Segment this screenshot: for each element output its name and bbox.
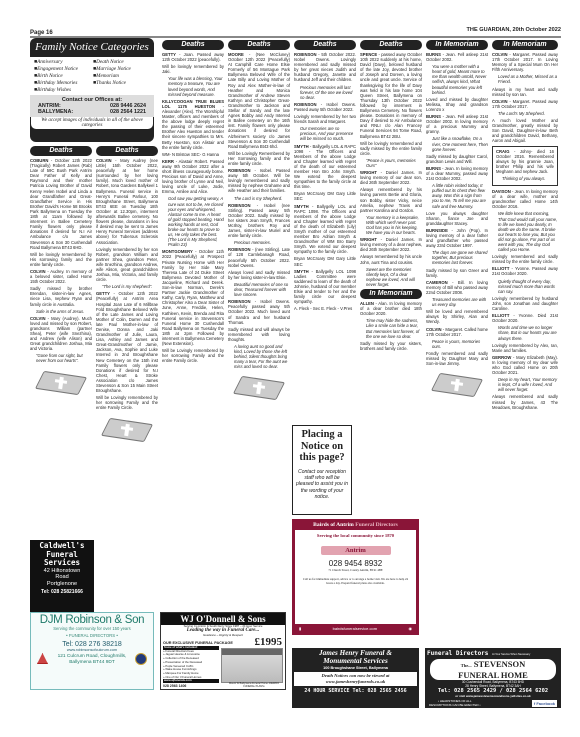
notice: COLVIN - Mary Audrey (nee Little) 15th O…: [96, 158, 158, 289]
notice-verse: A loving aunt so good and kind, Loved by…: [228, 344, 290, 369]
funeral-home-photo: [221, 648, 283, 683]
notice: KERR - Alastair Robert. Passed away 9th …: [162, 159, 224, 248]
notice-verse: Time may hide the sadness, Like a smile …: [360, 318, 422, 338]
notice: SMYTH - Ballygelly LOL and RAPC 1098. Th…: [294, 204, 356, 267]
notice: ELLIOTT - Yvonne. Passed away 21st Octob…: [492, 266, 558, 311]
notice-text: GETTY - October 12th 2022 (Peacefully) a…: [96, 291, 158, 393]
notice-text: ROBINSON - (nee Stirling). Late of 128 C…: [228, 247, 290, 267]
notice-text: ROBINSON - Isobel Owens. Peacefully pass…: [228, 299, 290, 324]
ad-address: Portglenone: [30, 581, 94, 588]
notice-text: SMYTH - Ballygelly LOL and RAPC 1098. Th…: [294, 204, 356, 255]
ad-tagline: Serving the local community since 1870: [295, 533, 416, 538]
notice: ROBINSON - 5th October 2022. Isobel Owen…: [294, 52, 356, 100]
notice-body: - Ballygelly LOL and RAPC 1098. The Offi…: [294, 204, 356, 255]
notice-verse: The Lord is my Shepherd.: [228, 196, 290, 201]
notice-verse: "Gone from our sight, but never from our…: [30, 353, 92, 363]
wj-odonnell-ad: WJ O'Donnell & Sons Serving Co Antrim & …: [160, 612, 286, 690]
section-header-memoriam: In Memoriam: [360, 289, 422, 299]
ad-sub: • FUNERAL DIRECTORS •: [31, 633, 153, 638]
notice-text: COLVIN - Margaret. Passed away 17th Octo…: [492, 99, 558, 109]
notice-extra: Bryan McCroary DM Gary Little SEC: [294, 256, 356, 266]
headstones-text: DESCRIPTIONS CAN BE ERECTED •: [429, 703, 481, 707]
notice-extra: WM- N Bristow SEC- G Hanna: [162, 152, 224, 157]
notice-body: - Ballygelly LOL & RAPC 1098 - The Offic…: [294, 144, 356, 190]
notice-verse: Treasured memories are with us every day…: [426, 297, 488, 307]
caldwell-ad: Caldwell's Funeral Services 42 Hiltonsto…: [30, 540, 94, 612]
notice-text: WRIGHT - Daniel James. In loving memory …: [360, 237, 422, 252]
section-header-deaths: Deaths: [96, 146, 158, 156]
section-header-deaths: Deaths: [360, 40, 422, 50]
notice-text: COLVIN - Mary (Audrey). Much loved and m…: [30, 316, 92, 352]
notice: ALLEN - Alan. In loving memory of a dear…: [360, 301, 422, 351]
notice: CAMERON - Bill. In loving memory of Bill…: [426, 280, 488, 325]
bairds-footer: ▮ bairdsfuneralservice.com ◉: [295, 624, 416, 631]
notice-text: ROBINSON - Isobel (nee Stirling). Passed…: [228, 203, 290, 239]
placing-body: Contact our reception staff who will be …: [296, 469, 348, 501]
notice: BURNSIDE - John (Pop). In loving memory …: [426, 228, 488, 278]
notice-extra: Lovingly remembered by husband John, son…: [492, 296, 558, 311]
notice: SMYTH - Ballygelly LOL & RAPC 1098 - The…: [294, 144, 356, 202]
notice: BURNS - Jean. Fell asleep 21st October 2…: [426, 52, 488, 112]
notice: GETTY - October 12th 2022 (Peacefully) a…: [96, 291, 158, 410]
category-item: Birthday Wishes: [34, 87, 91, 93]
ad-address: 42 Hiltonstown: [30, 568, 94, 575]
notice-verse: Your life was a blessing, Your memory a …: [162, 76, 224, 96]
category-item: Marriage Notice: [93, 66, 150, 72]
notice-verse: Sweet are the memories silently kept, Of…: [360, 267, 422, 287]
notice-text: COBURN - October 12th 2022 (Tragically) …: [30, 158, 92, 250]
notice-body: - 5th October 2022. Isobel Owens. Loving…: [294, 52, 356, 82]
notice-text: ROBINSON - 5th October 2022. Isobel Owen…: [294, 52, 356, 83]
notice-extra: A much loved Mother and Grandmother, gre…: [492, 118, 558, 143]
notice-text: ROBINSON - Isobel. Passed away 5th Octob…: [228, 168, 290, 193]
notice-text: GETTY - Joan. Passed away 12th October 2…: [162, 52, 224, 62]
notice-verse: Deep in my heart, Your memory is kept, O…: [492, 377, 558, 392]
ad-web[interactable]: www.jameshenryfunerals.co.uk: [295, 679, 416, 685]
notice-verse: Loved as a Mother, Missed as a Friend.: [492, 74, 558, 84]
ad-town: Antrim: [321, 546, 391, 555]
djm-robinson-ad: DJM Robinson & Son Serving the community…: [30, 612, 154, 690]
notice-extra: Sadly missed by daughter Carol, grandson…: [426, 154, 488, 164]
column-3: DeathsGETTY - Joan. Passed away 12th Oct…: [162, 40, 224, 365]
notice-extra: Will be Lovingly Remembered by Her Sorro…: [228, 151, 290, 166]
ad-tagline: Serving the community for over 150 years: [31, 626, 153, 631]
ad-web[interactable]: www.robinsonsofculcrum.com: [31, 648, 153, 652]
notice: GETTY - Joan. Passed away 12th October 2…: [162, 52, 224, 97]
ad-address: 71 Church Street, County Antrim, BT41 4B…: [295, 568, 416, 572]
notice-verse: Our memories are so precious, And your p…: [294, 126, 356, 141]
notice-text: ALLEN - Alan. In loving memory of a dear…: [360, 301, 422, 316]
category-item: Memoriam: [93, 73, 150, 79]
notice: SPENCE - passed away October 10th 2022 s…: [360, 52, 422, 168]
notice-verse: Your memory is a keepsake, With which we…: [360, 215, 422, 235]
section-header-deaths: Deaths: [228, 40, 290, 50]
section-header-memoriam: In Memoriam: [492, 40, 558, 50]
notice-verse: Precious memories will last forever, Of …: [294, 85, 356, 100]
notice-verse: Words and time we no longer share, But i…: [492, 325, 558, 340]
ad-heading: Funeral Directors At Your Service When N…: [427, 650, 559, 658]
notice-verse: Safe in the arms of Jesus.: [30, 309, 92, 314]
notice-verse: "The Lord is my shepherd".: [96, 284, 158, 289]
column-6: DeathsSPENCE - passed away October 10th …: [360, 40, 422, 353]
notice-text: COLVIN - Margaret. Called home 17th Octo…: [426, 327, 488, 337]
notice-extra: Sadly missed by son Greer and family.: [426, 268, 488, 278]
category-list: Anniversary Death Notice Engagement Noti…: [30, 57, 154, 95]
column-1: DeathsCOBURN - October 12th 2022 (Tragic…: [30, 146, 92, 398]
notice-body: - October 11th 2022 (Peacefully) at Pros…: [162, 249, 224, 346]
notice-extra: Lovingly remembered by Alex, Ian, Marie …: [492, 343, 558, 353]
notice-extra: Will be Lovingly remembered by her sorro…: [96, 395, 158, 410]
ad-address: Road: [30, 574, 94, 581]
notice-verse: "Peace is yours, memories Ours": [360, 158, 422, 168]
james-henry-ad: James Henry Funeral & Monumental Service…: [292, 648, 419, 708]
notice: COBURN - October 12th 2022 (Tragically) …: [30, 158, 92, 267]
notice-extra: Sadly missed by your sisters, brothers a…: [360, 341, 422, 351]
notice-text: ELLIOTT - Yvonne. Passed away 21st Octob…: [492, 266, 558, 276]
notice-text: BURNS - Jean. Fell asleep 21st October 2…: [426, 52, 488, 62]
notice: WRIGHT - Daniel James. In loving memory …: [360, 170, 422, 235]
notice-text: SMYTH - Ballygelly LOL 1098 Ladies Commi…: [294, 269, 356, 305]
office-name: BALLYMENA:: [38, 109, 73, 115]
column-8: In MemoriamCOLVIN - Margaret. Passed awa…: [492, 40, 558, 412]
notice-extra: Will be lovingly remembered by His sorro…: [30, 252, 92, 267]
notice-text: GERROW - Mary Elizabeth (May). In loving…: [492, 355, 558, 375]
ad-address: 100 Broughshane Street, Ballymena: [294, 666, 417, 670]
stevenson-ad: Funeral Directors At Your Service When N…: [425, 648, 561, 708]
notice-extra: Always remembered and sadly missed by Ja…: [492, 394, 558, 409]
ad-info: Call us for immediate support, advice or…: [295, 577, 416, 585]
ad-web[interactable]: www.wjfunerals.com: [163, 679, 219, 683]
notice-verse: Just like a snowflake, On a river, One m…: [426, 136, 488, 151]
notice-text: KILLYCOOGAN TRUE BLUES LOL 1175 HUESTON …: [162, 99, 224, 150]
ad-web[interactable]: or visit www.jamesstevensonandsons.yells…: [427, 694, 559, 698]
notice: COLVIN - Mary (Audrey). Much loved and m…: [30, 316, 92, 364]
ad-name: Bairds of Antrim Funeral Directors: [295, 522, 416, 528]
category-item: Anniversary: [34, 59, 91, 65]
notice-text: MOORE - (Nee McCluney) October 12th 2022…: [228, 52, 290, 149]
notice-extra: A. Fleck - Sec E. Fleck - V.Pres: [294, 306, 356, 311]
placing-notice-box: Placing a Notice on this page? Contact o…: [292, 425, 352, 515]
section-header-deaths: Deaths: [162, 40, 224, 50]
category-item: Thanks Notice: [93, 80, 150, 86]
bairds-ad: Bairds of Antrim Funeral Directors Servi…: [292, 519, 419, 635]
notice: MONTGOMERY - October 11th 2022 (Peaceful…: [162, 249, 224, 363]
notice-extra: Loved and missed by daughter Melissa, Sh…: [426, 97, 488, 112]
bible-icon: [230, 375, 288, 403]
notice-body: - (Nee McCluney) October 12th 2022 (Peac…: [228, 52, 290, 149]
ad-tel: 028 2563 1406: [163, 684, 186, 688]
notice: ROBINSON - Isobel Owens. Passed away 5th…: [294, 102, 356, 142]
column-2: DeathsCOLVIN - Mary Audrey (nee Little) …: [96, 146, 158, 445]
notice-text: MONTGOMERY - October 11th 2022 (Peaceful…: [162, 249, 224, 346]
notice: ROBINSON - Isobel (nee Stirling). Passed…: [228, 203, 290, 246]
notice-body: - October 12th 2022 (Peacefully) at Antr…: [96, 291, 158, 393]
notice: ELLIOTT - Yvonne. Died 21st October 2020…: [492, 313, 558, 353]
notice: CRAIG - Johny- died 16 October 2016. Rem…: [492, 146, 558, 187]
column-5: DeathsROBINSON - 5th October 2022. Isobe…: [294, 40, 356, 313]
headstones-row: • HEADSTONES OF ALLDESCRIPTIONS CAN BE E…: [427, 699, 559, 707]
notice-extra: Fondly remembered and sadly missed by Da…: [426, 351, 488, 366]
notice-text: DAVISON - Jean. In loving memory of a de…: [492, 189, 558, 209]
notice: BURNS - Jean. Fell asleep 21st October 2…: [426, 114, 488, 164]
notice: COLVIN - Audrey. In memory of a beloved …: [30, 269, 92, 314]
notice-extra: Will be lovingly remembered by Jaki.: [162, 64, 224, 74]
column-7: In MemoriamBURNS - Jean. Fell asleep 21s…: [426, 40, 488, 400]
category-item: Engagement Notice: [34, 66, 91, 72]
book-logo-icon: ▮: [299, 626, 301, 631]
family-notice-categories: Family Notice Categories Anniversary Dea…: [30, 38, 154, 142]
notice-extra: Lovingly remembered by her two friends S…: [294, 114, 356, 124]
notice-extra: Bryan McCroary DM Gary Little SEC: [294, 191, 356, 201]
category-item: Death Notice: [93, 59, 150, 65]
notice: SMYTH - Ballygelly LOL 1098 Ladies Commi…: [294, 269, 356, 312]
ad-tel: 028 9454 8932: [295, 559, 416, 568]
section-header-deaths: Deaths: [294, 40, 356, 50]
badge-icon: ◉: [408, 626, 412, 631]
ad-tel: Tel: 028 25821666: [30, 589, 94, 595]
notice-verse: Quietly thought of every day, missed muc…: [492, 279, 558, 294]
notice-verse: Precious memories.: [228, 240, 290, 245]
ad-name: Services: [30, 559, 94, 568]
ad-price: £1995: [255, 636, 283, 648]
notice-body: - Alexander (Alex). The Worshipful Maste…: [162, 104, 224, 150]
ad-caption: Mount St Ballymena Funeral Home •NEWRO F…: [225, 682, 283, 688]
notice-body: - Mary (Audrey). Much loved and missed b…: [30, 316, 92, 352]
section-header-deaths: Deaths: [30, 146, 92, 156]
office-tel: 028 2564 1221: [110, 109, 146, 115]
crest-logo-icon: [135, 653, 147, 665]
notice-body: - passed away October 10th 2022 suddenly…: [360, 52, 422, 139]
notice: BURNS - Jean. In loving memory of a dear…: [426, 166, 488, 226]
notice-extra: Sadly missed and will always be remember…: [228, 327, 290, 342]
notice-text: BURNS - Jean. In loving memory of a dear…: [426, 166, 488, 181]
masthead: THE GUARDIAN, 20th October 2022: [467, 27, 562, 33]
notice-verse: We little knew that morning, That God wo…: [492, 211, 558, 252]
bairds-inner: Serving the local community since 1870 A…: [295, 530, 416, 624]
notice-extra: Always remembered by his uncle John, aun…: [360, 254, 422, 264]
notice-extra: Sadly missed by brother Brendan, sister-…: [30, 286, 92, 306]
notice: WRIGHT - Daniel James. In loving memory …: [360, 237, 422, 287]
placing-title: Placing a Notice on this page?: [296, 429, 348, 464]
notice-extra: Will be loved and remembered always by S…: [426, 309, 488, 324]
notice-verse: God saw you getting weary, A cure was no…: [162, 196, 224, 247]
notice: COLVIN - Margaret. Called home 17th Octo…: [426, 327, 488, 367]
bible-icon: [32, 370, 90, 398]
notice: KILLYCOOGAN TRUE BLUES LOL 1175 HUESTON …: [162, 99, 224, 157]
notice-text: COLVIN - Mary Audrey (nee Little) 15th O…: [96, 158, 158, 245]
notice-text: COLVIN - Margaret. Passed away 17th Octo…: [492, 52, 558, 72]
notice-text: SMYTH - Ballygelly LOL & RAPC 1098 - The…: [294, 144, 356, 190]
notice-body: - Isobel (nee Stirling). Passed away 5th…: [228, 203, 290, 239]
notice-text: WRIGHT - Daniel James. In loving memory …: [360, 170, 422, 185]
notice-text: COLVIN - Audrey. In memory of a beloved …: [30, 269, 92, 284]
notice-text: CAMERON - Bill. In loving memory of Bill…: [426, 280, 488, 295]
notice: GERROW - Mary Elizabeth (May). In loving…: [492, 355, 558, 410]
notice-verse: The days are gone we shared together, Bu…: [426, 250, 488, 265]
notice-body: - Mary Audrey (nee Little) 15th October …: [96, 158, 158, 245]
ad-web[interactable]: bairdsfuneralservice.com: [333, 626, 377, 631]
ad-name: Monumental Services: [294, 658, 417, 666]
category-item: Birth Notice: [34, 73, 91, 79]
ad-tel: 24 HOUR SERVICE Tel: 028 2565 2456: [294, 688, 417, 694]
ad-name-pill: The... STEVENSONFUNERAL HOME: [430, 659, 556, 680]
notice-extra: Lovingly remembered by her son Robert, g…: [96, 247, 158, 283]
notice-text: SPENCE - passed away October 10th 2022 s…: [360, 52, 422, 139]
notice: ROBINSON - (nee Stirling). Late of 128 C…: [228, 247, 290, 297]
column-4: DeathsMOORE - (Nee McCluney) October 12t…: [228, 40, 290, 403]
category-item: Birthday Memories: [34, 80, 91, 86]
notice-web-box: Death Notices can now be viewed atwww.ja…: [294, 672, 417, 686]
notice-extra: Will be lovingly remembered and sadly mi…: [360, 141, 422, 156]
notice: COLVIN - Margaret. Passed away 17th Octo…: [492, 99, 558, 144]
office-row: BALLYMENA:028 2564 1221: [38, 109, 146, 115]
bible-icon: [98, 417, 156, 445]
notice-body: - October 12th 2022 (Tragically) Robert …: [30, 158, 92, 250]
notice-extra: Always remembered by his loving parents …: [360, 187, 422, 212]
notice-body: - Ballygelly LOL 1098 Ladies Committee w…: [294, 269, 356, 305]
accept-note: We accept images of individuals in all o…: [30, 117, 154, 130]
categories-title: Family Notice Categories: [34, 41, 150, 53]
notice-text: CRAIG - Johny- died 16 October 2016. Rem…: [496, 149, 554, 174]
notice-body: - Alastair Robert. Passed away 9th Octob…: [162, 159, 224, 195]
notice-verse: You were a mother with a heart of gold, …: [426, 64, 488, 95]
notice: COLVIN - Margaret. Passed away 17th Octo…: [492, 52, 558, 97]
notice-extra: Always in my heart and sadly missed by s…: [492, 87, 558, 97]
contact-box: Contact our Offices at: ANTRIM:028 9446 …: [30, 95, 154, 117]
notice-text: KERR - Alastair Robert. Passed away 9th …: [162, 159, 224, 195]
ad-name: DJM Robinson & Son: [31, 614, 153, 626]
notice: ROBINSON - Isobel. Passed away 5th Octob…: [228, 168, 290, 201]
notice-text: ELLIOTT - Yvonne. Died 21st October 2020…: [492, 313, 558, 323]
notice-verse: A little robin visited today, It puffed …: [426, 183, 488, 208]
notice-extra: Always loved and sadly missed by her lov…: [228, 270, 290, 280]
notice-verse: The Lord's My Shepherd.: [492, 111, 558, 116]
notice-verse: Thinking of you always.: [496, 176, 554, 181]
ad-tel: Tel: 028 276 38218: [31, 641, 153, 648]
included-list: Some of what's included: » Funeral Direc…: [163, 646, 219, 683]
notice-extra: Love you always daughter Sharon, fiance …: [426, 211, 488, 226]
notice-extra: Lovingly remembered and sadly missed by …: [492, 254, 558, 264]
bible-icon: [428, 372, 486, 400]
notice: DAVISON - Jean. In loving memory of a de…: [492, 189, 558, 264]
notice-verse: Peace is yours, memories ours.: [426, 339, 488, 349]
notice-text: BURNSIDE - John (Pop). In loving memory …: [426, 228, 488, 248]
notice-text: BURNS - Jean. Fell asleep 21st October 2…: [426, 114, 488, 134]
section-header-memoriam: In Memoriam: [426, 40, 488, 50]
notice: ROBINSON - Isobel Owens. Peacefully pass…: [228, 299, 290, 369]
notice-verse: Beautiful memories of one so dear, Treas…: [228, 282, 290, 297]
notice-extra: Will be Lovingly remembered by her sorro…: [162, 348, 224, 363]
notice-text: ROBINSON - Isobel Owens. Passed away 5th…: [294, 102, 356, 112]
notice: MOORE - (Nee McCluney) October 12th 2022…: [228, 52, 290, 166]
facebook-icon[interactable]: f Facebook: [532, 700, 557, 707]
